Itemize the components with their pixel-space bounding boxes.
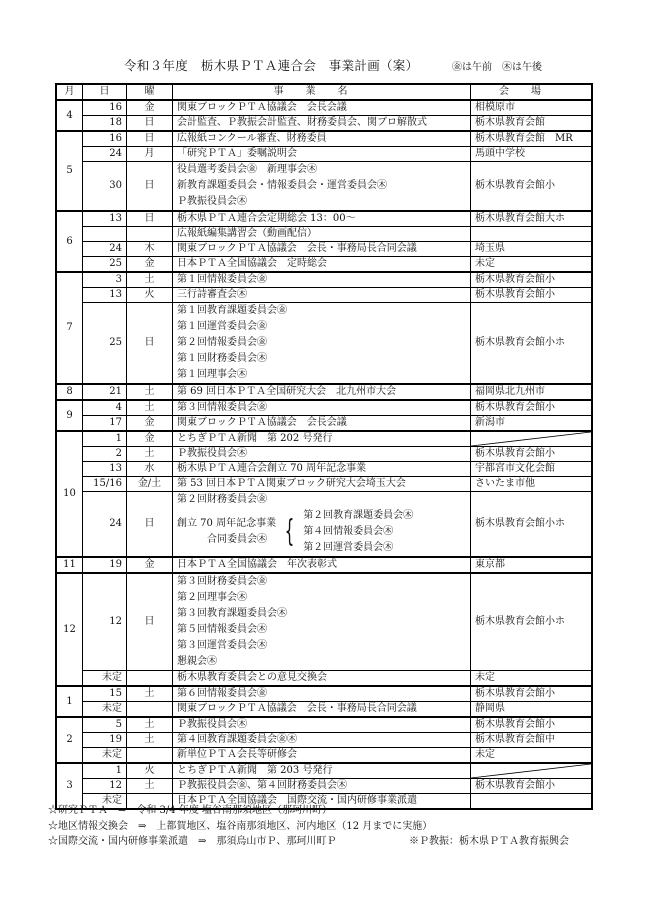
month-cell: 8 [56, 384, 83, 400]
month-cell: 1 [56, 686, 83, 717]
venue-cell: さいたま市他 [471, 477, 593, 492]
notes: ☆研究ＰＴＡ ⇒ 令和 3/4 年度 塩谷南那須地区（那珂川町） ☆地区情報交換… [48, 803, 432, 850]
day-cell: 25 [83, 257, 127, 273]
event-cell: 役員選考委員会㊎ 新理事会㊍新教育課題委員会・情報委員会・運営委員会㊍Ｐ教振役員… [173, 162, 471, 212]
day-cell: 24 [83, 492, 127, 558]
venue-cell: 栃木県教育会館中 [471, 733, 593, 748]
day-cell: 24 [83, 242, 127, 257]
month-cell: 5 [56, 131, 83, 211]
weekday-cell: 土 [127, 384, 173, 400]
event-name: 栃木県教育委員会との意見交換会 [177, 672, 327, 683]
event-name: 栃木県ＰＴＡ連合会創立 70 周年記念事業 [177, 463, 366, 474]
event-cell: Ｐ教振役員会㊍ [173, 447, 471, 462]
venue-cell: 栃木県教育会館小 [471, 779, 593, 794]
venue-cell: 栃木県教育会館小ホ [471, 492, 593, 558]
event-name: 関東ブロックＰＴＡ協議会 会長・事務局長合同会議 [177, 243, 417, 254]
weekday-cell: 金/土 [127, 477, 173, 492]
month-cell: 7 [56, 272, 83, 384]
event-name: 関東ブロックＰＴＡ協議会 会長・事務局長合同会議 [177, 703, 417, 714]
event-name: Ｐ教振役員会㊎、第４回財務委員会㊍ [177, 780, 347, 791]
weekday-cell: 土 [127, 400, 173, 416]
table-row: 12土Ｐ教振役員会㊎、第４回財務委員会㊍栃木県教育会館小 [56, 779, 592, 794]
event-cell: Ｐ教振役員会㊍ [173, 717, 471, 733]
event-cell: 第１回教育課題委員会㊎第１回運営委員会㊎第２回情報委員会㊎第１回財務委員会㊍第１… [173, 303, 471, 385]
venue-cell: 福岡県北九州市 [471, 384, 593, 400]
event-name: Ｐ教振役員会㊍ [177, 719, 247, 730]
event-name: 関東ブロックＰＴＡ協議会 会長会議 [177, 417, 347, 428]
table-row: 25金日本ＰＴＡ全国協議会 定時総会未定 [56, 257, 592, 273]
day-cell: 3 [83, 272, 127, 288]
event-name: 第３回教育課題委員会㊍ [177, 606, 466, 622]
event-cell: 日本ＰＴＡ全国協議会 定時総会 [173, 257, 471, 273]
event-cell: 関東ブロックＰＴＡ協議会 会長・事務局長合同会議 [173, 242, 471, 257]
diagonal-strike-icon [471, 764, 591, 778]
event-name: 広報紙コンクール審査、財務委員 [177, 133, 327, 144]
event-name: 第２回理事会㊍ [177, 590, 466, 606]
event-name: Ｐ教振役員会㊍ [177, 194, 466, 210]
event-name: 第３回情報委員会㊎ [177, 402, 267, 413]
day-cell: 15 [83, 686, 127, 702]
joint-committee-item: 第４回情報委員会㊍ [303, 524, 413, 540]
event-cell: 広報紙コンクール審査、財務委員 [173, 131, 471, 147]
table-row: 101金とちぎＰＴＡ新聞 第 202 号発行 [56, 431, 592, 447]
day-cell: 未定 [83, 748, 127, 764]
event-cell: 関東ブロックＰＴＡ協議会 会長・事務局長合同会議 [173, 702, 471, 718]
venue-cell: 栃木県教育会館小 [471, 162, 593, 212]
table-header-row: 月 日 曜 事業名 会場 [56, 84, 592, 100]
venue-cell: 栃木県教育会館小 [471, 288, 593, 303]
event-name: 第１回運営委員会㊎ [177, 319, 466, 335]
note-regional-exchange: ☆地区情報交換会 ⇒ 上都賀地区、塩谷南那須地区、河内地区（12 月までに実施） [48, 819, 432, 835]
weekday-cell: 火 [127, 288, 173, 303]
month-cell: 6 [56, 211, 83, 272]
day-cell: 12 [83, 573, 127, 671]
event-name: 新教育課題委員会・情報委員会・運営委員会㊍ [177, 178, 466, 194]
table-row: 821土第 69 回日本ＰＴＡ全国研究大会 北九州市大会福岡県北九州市 [56, 384, 592, 400]
venue-cell: 栃木県教育会館大ホ [471, 211, 593, 227]
event-cell: 第３回財務委員会㊎第２回理事会㊍第３回教育課題委員会㊍第５回情報委員会㊍第３回運… [173, 573, 471, 671]
day-cell: 12 [83, 779, 127, 794]
venue-cell: 相模原市 [471, 100, 593, 116]
event-name: 懇親会㊍ [177, 654, 466, 670]
weekday-cell [127, 227, 173, 242]
month-cell: 12 [56, 573, 83, 686]
note-research-pta: ☆研究ＰＴＡ ⇒ 令和 3/4 年度 塩谷南那須地区（那珂川町） [48, 803, 432, 819]
table-row: 19土第４回教育課題委員会㊎㊍栃木県教育会館中 [56, 733, 592, 748]
day-cell: 未定 [83, 702, 127, 718]
event-name: 第１回理事会㊍ [177, 367, 466, 383]
table-row: 1212日第３回財務委員会㊎第２回理事会㊍第３回教育課題委員会㊍第５回情報委員会… [56, 573, 592, 671]
weekday-cell: 金 [127, 557, 173, 573]
table-row: 25日第１回教育課題委員会㊎第１回運営委員会㊎第２回情報委員会㊎第１回財務委員会… [56, 303, 592, 385]
event-name: 第４回教育課題委員会㊎㊍ [177, 734, 297, 745]
event-name: とちぎＰＴＡ新聞 第 202 号発行 [177, 433, 332, 444]
title-line: 令和３年度 栃木県ＰＴＡ連合会 事業計画（案） ㊎は午前 ㊍は午後 [0, 56, 645, 74]
diagonal-strike-icon [471, 432, 591, 446]
event-cell: 栃木県教育委員会との意見交換会 [173, 671, 471, 687]
month-cell: 10 [56, 431, 83, 557]
day-cell: 13 [83, 288, 127, 303]
event-name: とちぎＰＴＡ新聞 第 203 号発行 [177, 765, 332, 776]
event-cell: 第４回教育課題委員会㊎㊍ [173, 733, 471, 748]
table-row: 25土Ｐ教振役員会㊍栃木県教育会館小 [56, 717, 592, 733]
event-cell: 関東ブロックＰＴＡ協議会 会長会議 [173, 416, 471, 432]
weekday-cell: 金 [127, 431, 173, 447]
day-cell: 18 [83, 116, 127, 132]
event-cell: 栃木県ＰＴＡ連合会創立 70 周年記念事業 [173, 462, 471, 477]
venue-cell: 栃木県教育会館 MR [471, 131, 593, 147]
day-cell: 17 [83, 416, 127, 432]
day-cell: 1 [83, 431, 127, 447]
venue-cell: 未定 [471, 748, 593, 764]
event-name: 栃木県ＰＴＡ連合会定期総会 13：00～ [177, 213, 356, 224]
month-cell: 2 [56, 717, 83, 763]
venue-cell: 宇都宮市文化会館 [471, 462, 593, 477]
am-pm-legend: ㊎は午前 ㊍は午後 [452, 58, 542, 73]
event-name: 「研究ＰＴＡ」委嘱説明会 [177, 148, 297, 159]
table-row: 30日役員選考委員会㊎ 新理事会㊍新教育課題委員会・情報委員会・運営委員会㊍Ｐ教… [56, 162, 592, 212]
venue-cell: 静岡県 [471, 702, 593, 718]
day-cell: 1 [83, 763, 127, 779]
table-row: 15/16金/土第 53 回日本ＰＴＡ関東ブロック研究大会埼玉大会さいたま市他 [56, 477, 592, 492]
table-row: 516日広報紙コンクール審査、財務委員栃木県教育会館 MR [56, 131, 592, 147]
table-row: 24木関東ブロックＰＴＡ協議会 会長・事務局長合同会議埼玉県 [56, 242, 592, 257]
joint-committee-item: 第２回運営委員会㊍ [303, 540, 413, 556]
weekday-cell: 日 [127, 131, 173, 147]
table-row: 115土第６回情報委員会㊎栃木県教育会館小 [56, 686, 592, 702]
venue-cell [471, 794, 593, 810]
table-row: 未定新単位ＰＴＡ会長等研修会未定 [56, 748, 592, 764]
table-row: 73土第１回情報委員会㊎栃木県教育会館小 [56, 272, 592, 288]
venue-cell: 栃木県教育会館小 [471, 272, 593, 288]
event-name: 会計監査、Ｐ教振会計監査、財務委員会、関ブロ解散式 [177, 117, 427, 128]
event-cell: 第 69 回日本ＰＴＡ全国研究大会 北九州市大会 [173, 384, 471, 400]
venue-cell: 栃木県教育会館 [471, 116, 593, 132]
event-name: 第５回情報委員会㊍ [177, 622, 466, 638]
event-name: 新単位ＰＴＡ会長等研修会 [177, 749, 297, 760]
weekday-cell: 金 [127, 257, 173, 273]
weekday-cell: 土 [127, 779, 173, 794]
event-name: 第 53 回日本ＰＴＡ関東ブロック研究大会埼玉大会 [177, 478, 406, 489]
event-cell: 「研究ＰＴＡ」委嘱説明会 [173, 147, 471, 162]
event-name: 日本ＰＴＡ全国協議会 年次表彰式 [177, 559, 337, 570]
event-name: 第１回財務委員会㊍ [177, 351, 466, 367]
venue-cell-not-applicable [471, 763, 593, 779]
event-name: 第２回情報委員会㊎ [177, 335, 466, 351]
venue-cell: 栃木県教育会館小 [471, 400, 593, 416]
event-cell: Ｐ教振役員会㊎、第４回財務委員会㊍ [173, 779, 471, 794]
event-name: 広報紙編集講習会（動画配信） [177, 228, 317, 239]
venue-cell: 未定 [471, 257, 593, 273]
event-cell: 新単位ＰＴＡ会長等研修会 [173, 748, 471, 764]
table-row: 613日栃木県ＰＴＡ連合会定期総会 13：00～栃木県教育会館大ホ [56, 211, 592, 227]
weekday-cell: 金 [127, 416, 173, 432]
column-header-day: 日 [83, 84, 127, 100]
table-row: 13火三行詩審査会㊍栃木県教育会館小 [56, 288, 592, 303]
brace-icon: { [285, 512, 295, 552]
weekday-cell: 木 [127, 242, 173, 257]
table-body: 416金関東ブロックＰＴＡ協議会 会長会議相模原市18日会計監査、Ｐ教振会計監査… [56, 100, 592, 809]
weekday-cell: 日 [127, 303, 173, 385]
event-name: 第 69 回日本ＰＴＡ全国研究大会 北九州市大会 [177, 386, 396, 397]
column-header-month: 月 [56, 84, 83, 100]
venue-cell: 新潟市 [471, 416, 593, 432]
event-name: 第３回運営委員会㊍ [177, 638, 466, 654]
joint-committee-item: 第２回教育課題委員会㊍ [303, 508, 413, 524]
day-cell: 25 [83, 303, 127, 385]
month-cell: 9 [56, 400, 83, 431]
event-plan-table: 月 日 曜 事業名 会場 416金関東ブロックＰＴＡ協議会 会長会議相模原市18… [55, 83, 593, 810]
event-cell: 三行詩審査会㊍ [173, 288, 471, 303]
venue-cell: 未定 [471, 671, 593, 687]
event-name: 関東ブロックＰＴＡ協議会 会長会議 [177, 102, 347, 113]
venue-cell: 馬頭中学校 [471, 147, 593, 162]
footnote-p-kyoshin: ※Ｐ教振：栃木県ＰＴＡ教育振興会 [409, 834, 569, 850]
table-row: 24月「研究ＰＴＡ」委嘱説明会馬頭中学校 [56, 147, 592, 162]
event-name: 三行詩審査会㊍ [177, 289, 247, 300]
event-name: 第１回教育課題委員会㊎ [177, 303, 466, 319]
event-cell: 会計監査、Ｐ教振会計監査、財務委員会、関ブロ解散式 [173, 116, 471, 132]
weekday-cell: 土 [127, 686, 173, 702]
table-row: 94土第３回情報委員会㊎栃木県教育会館小 [56, 400, 592, 416]
column-header-event: 事業名 [173, 84, 471, 100]
event-name: 第１回情報委員会㊎ [177, 274, 267, 285]
weekday-cell: 日 [127, 211, 173, 227]
event-name: 第６回情報委員会㊎ [177, 688, 267, 699]
venue-cell: 栃木県教育会館小 [471, 686, 593, 702]
day-cell: 19 [83, 557, 127, 573]
weekday-cell: 水 [127, 462, 173, 477]
weekday-cell [127, 702, 173, 718]
event-cell: 栃木県ＰＴＡ連合会定期総会 13：00～ [173, 211, 471, 227]
venue-cell: 東京都 [471, 557, 593, 573]
day-cell: 16 [83, 131, 127, 147]
table-row: 13水栃木県ＰＴＡ連合会創立 70 周年記念事業宇都宮市文化会館 [56, 462, 592, 477]
event-name: 第３回財務委員会㊎ [177, 574, 466, 590]
day-cell: 4 [83, 400, 127, 416]
event-cell: 第２回財務委員会㊎創立 70 周年記念事業合同委員会㊍{第２回教育課題委員会㊍第… [173, 492, 471, 558]
table-row: 広報紙編集講習会（動画配信） [56, 227, 592, 242]
weekday-cell: 日 [127, 162, 173, 212]
event-cell: 関東ブロックＰＴＡ協議会 会長会議 [173, 100, 471, 116]
day-cell: 15/16 [83, 477, 127, 492]
table-row: 17金関東ブロックＰＴＡ協議会 会長会議新潟市 [56, 416, 592, 432]
event-name: 第２回財務委員会㊎ [177, 492, 466, 508]
event-cell: 第 53 回日本ＰＴＡ関東ブロック研究大会埼玉大会 [173, 477, 471, 492]
day-cell: 2 [83, 447, 127, 462]
event-cell: とちぎＰＴＡ新聞 第 203 号発行 [173, 763, 471, 779]
table-row: 24日第２回財務委員会㊎創立 70 周年記念事業合同委員会㊍{第２回教育課題委員… [56, 492, 592, 558]
table-row: 未定栃木県教育委員会との意見交換会未定 [56, 671, 592, 687]
day-cell: 未定 [83, 671, 127, 687]
weekday-cell: 金 [127, 100, 173, 116]
joint-committee-group: 創立 70 周年記念事業合同委員会㊍{第２回教育課題委員会㊍第４回情報委員会㊍第… [177, 508, 466, 556]
day-cell: 30 [83, 162, 127, 212]
event-name: 日本ＰＴＡ全国協議会 定時総会 [177, 258, 327, 269]
weekday-cell: 日 [127, 492, 173, 558]
table-row: 未定関東ブロックＰＴＡ協議会 会長・事務局長合同会議静岡県 [56, 702, 592, 718]
weekday-cell: 月 [127, 147, 173, 162]
day-cell [83, 227, 127, 242]
table-row: 31火とちぎＰＴＡ新聞 第 203 号発行 [56, 763, 592, 779]
weekday-cell [127, 671, 173, 687]
day-cell: 16 [83, 100, 127, 116]
weekday-cell: 土 [127, 733, 173, 748]
note-training-dispatch: ☆国際交流・国内研修事業派遣 ⇒ 那須烏山市Ｐ、那珂川町Ｐ ※Ｐ教振：栃木県ＰＴ… [48, 834, 432, 850]
column-header-weekday: 曜 [127, 84, 173, 100]
event-cell: 第１回情報委員会㊎ [173, 272, 471, 288]
weekday-cell [127, 748, 173, 764]
event-name: 役員選考委員会㊎ 新理事会㊍ [177, 162, 466, 178]
table-row: 1119金日本ＰＴＡ全国協議会 年次表彰式東京都 [56, 557, 592, 573]
page-title: 令和３年度 栃木県ＰＴＡ連合会 事業計画（案） [124, 56, 418, 74]
weekday-cell: 土 [127, 272, 173, 288]
table-row: 416金関東ブロックＰＴＡ協議会 会長会議相模原市 [56, 100, 592, 116]
event-cell: 広報紙編集講習会（動画配信） [173, 227, 471, 242]
event-cell: 日本ＰＴＡ全国協議会 年次表彰式 [173, 557, 471, 573]
venue-cell: 埼玉県 [471, 242, 593, 257]
venue-cell-not-applicable [471, 431, 593, 447]
event-name: Ｐ教振役員会㊍ [177, 448, 247, 459]
day-cell: 24 [83, 147, 127, 162]
venue-cell: 栃木県教育会館小 [471, 447, 593, 462]
venue-cell: 栃木県教育会館小ホ [471, 573, 593, 671]
venue-cell [471, 227, 593, 242]
day-cell: 13 [83, 211, 127, 227]
weekday-cell: 日 [127, 116, 173, 132]
joint-event-label: 創立 70 周年記念事業 [177, 516, 276, 532]
table-row: 18日会計監査、Ｐ教振会計監査、財務委員会、関ブロ解散式栃木県教育会館 [56, 116, 592, 132]
weekday-cell: 土 [127, 447, 173, 462]
weekday-cell: 日 [127, 573, 173, 671]
venue-cell: 栃木県教育会館小 [471, 717, 593, 733]
joint-event-label: 合同委員会㊍ [177, 532, 276, 548]
event-cell: 第６回情報委員会㊎ [173, 686, 471, 702]
column-header-venue: 会場 [471, 84, 593, 100]
month-cell: 11 [56, 557, 83, 573]
event-cell: とちぎＰＴＡ新聞 第 202 号発行 [173, 431, 471, 447]
day-cell: 13 [83, 462, 127, 477]
event-cell: 第３回情報委員会㊎ [173, 400, 471, 416]
month-cell: 4 [56, 100, 83, 131]
day-cell: 5 [83, 717, 127, 733]
weekday-cell: 土 [127, 717, 173, 733]
table-row: 2土Ｐ教振役員会㊍栃木県教育会館小 [56, 447, 592, 462]
day-cell: 21 [83, 384, 127, 400]
venue-cell: 栃木県教育会館小ホ [471, 303, 593, 385]
day-cell: 19 [83, 733, 127, 748]
weekday-cell: 火 [127, 763, 173, 779]
